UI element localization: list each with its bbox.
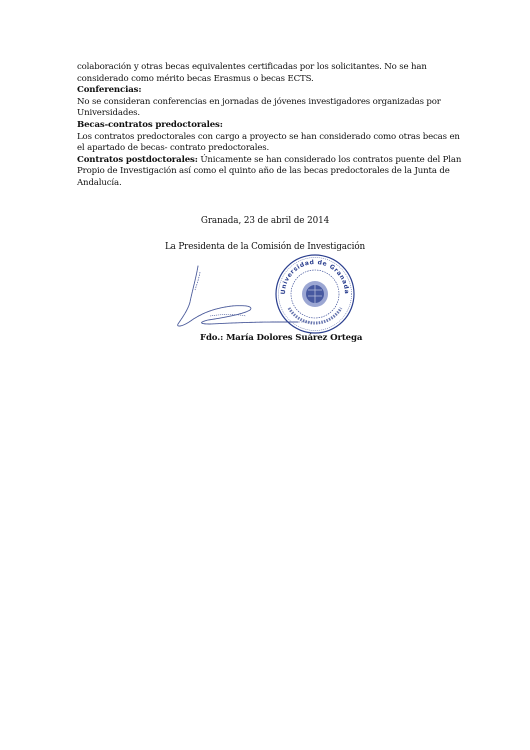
signer-role: La Presidenta de la Comisión de Investig… [0, 242, 530, 252]
heading-conferencias: Conferencias: [77, 85, 462, 97]
date-line: Granada, 23 de abril de 2014 [0, 216, 530, 226]
paragraph-contratos-postdoctorales: Contratos postdoctorales: Únicamente se … [77, 155, 462, 190]
document-body: colaboración y otras becas equivalentes … [77, 62, 462, 190]
heading-contratos-postdoctorales: Contratos postdoctorales: [77, 155, 198, 165]
university-seal-icon: Universidad de Granada [273, 252, 357, 336]
paragraph-becas-contratos-predoctorales: Los contratos predoctorales con cargo a … [77, 132, 462, 155]
paragraph-becas-colaboracion: colaboración y otras becas equivalentes … [77, 62, 462, 85]
heading-becas-contratos-predoctorales: Becas-contratos predoctorales: [77, 120, 462, 132]
signer-name: Fdo.: María Dolores Suárez Ortega [200, 333, 362, 343]
document-page: colaboración y otras becas equivalentes … [0, 0, 530, 750]
paragraph-conferencias: No se consideran conferencias en jornada… [77, 97, 462, 120]
